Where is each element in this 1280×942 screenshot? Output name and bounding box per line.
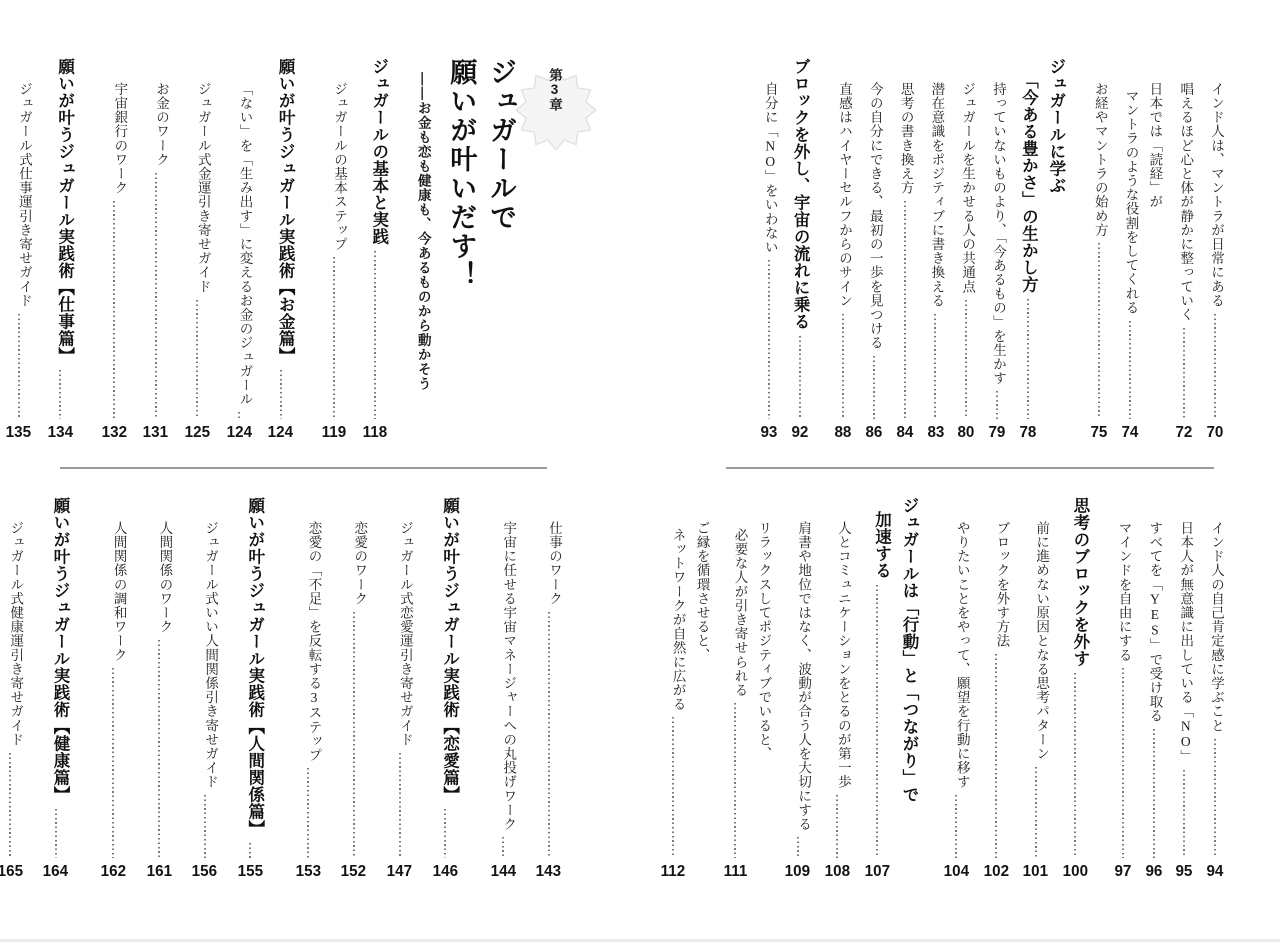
page-number: 124	[226, 424, 251, 442]
dotted-leader	[934, 314, 936, 419]
toc-entry: インド人の自己肯定感に学ぶこと94	[1206, 497, 1224, 881]
toc-entry: 仕事のワーク143	[535, 497, 562, 881]
toc-entry-title: ジュガールの基本ステップ	[321, 82, 347, 251]
chapter-title-text: ジュガールで	[485, 58, 515, 232]
upright-latin: 3	[547, 82, 562, 98]
toc-entry-title: 人とコミュニケーションをとるのが第一歩	[824, 521, 851, 789]
page-number: 104	[944, 863, 969, 881]
toc-entry-title: 願いが叶うジュガール実践術【健康篇】	[42, 497, 69, 803]
toc-entry-title: 恋愛の「不足」を反転する3ステップ	[295, 521, 322, 762]
dotted-leader	[548, 612, 550, 858]
toc-entry-title: ジュガール式健康運引き寄せガイド	[0, 521, 23, 747]
toc-entry-title: 願いが叶うジュガール実践術【お金篇】	[267, 58, 294, 364]
toc-entry-title: 仕事のワーク	[535, 521, 562, 606]
page-number: 164	[43, 863, 68, 881]
page-number: 74	[1121, 424, 1138, 442]
page-number: 146	[433, 863, 458, 881]
toc-entry-title: 人間関係の調和ワーク	[100, 521, 127, 662]
toc-entry-title: 唱えるほど心と体が静かに整っていく	[1175, 82, 1193, 322]
toc-entry: ジュガール式金運引き寄せガイド125	[184, 58, 211, 442]
page-number: 125	[185, 424, 210, 442]
toc-entry: 思考の書き換え方84	[896, 58, 914, 442]
toc-entry: 人間関係の調和ワーク162	[100, 497, 127, 881]
dotted-leader	[9, 753, 11, 858]
upright-latin: YES	[1147, 592, 1162, 639]
toc-entry: 「今ある豊かさ」の生かし方78	[1019, 58, 1037, 442]
dotted-leader	[249, 843, 251, 858]
toc-entry-title: やりたいことをやって、願望を行動に移す	[943, 521, 970, 789]
dotted-leader	[1035, 767, 1037, 858]
toc-entry: ネットワークが自然に広がる112	[660, 497, 686, 881]
upright-latin: 3	[306, 690, 321, 706]
toc-entry-title: ジュガールは「行動」と「つながり」で	[900, 497, 918, 803]
toc-entry: ジュガール式恋愛運引き寄せガイド147	[386, 497, 413, 881]
toc-entry-title: 願いが叶うジュガール実践術【恋愛篇】	[432, 497, 459, 803]
toc-entry-title: 願いが叶うジュガール実践術【仕事篇】	[47, 58, 74, 364]
page-number: 118	[363, 424, 388, 442]
dotted-leader	[955, 795, 957, 858]
toc-entry-line: ご縁を循環させると、	[694, 497, 710, 881]
toc-entry-title: 宇宙銀行のワーク	[101, 82, 128, 195]
toc-entry-title: 今の自分にできる、最初の一歩を見つける	[865, 82, 883, 350]
dotted-leader	[836, 795, 838, 858]
toc-entry: 願いが叶うジュガール実践術【健康篇】164	[42, 497, 69, 881]
dotted-leader	[1027, 299, 1029, 419]
chapter-number: 第3章	[546, 58, 562, 442]
toc-entry-title: 恋愛のワーク	[340, 521, 367, 606]
toc-entry-title: 持っていないものより、「今あるもの」を生かす	[988, 82, 1006, 385]
toc-entry: 人とコミュニケーションをとるのが第一歩108	[824, 497, 851, 881]
toc-entry-title: 日本では「読経」が	[1146, 82, 1162, 209]
dotted-leader	[59, 370, 61, 419]
dotted-leader	[965, 300, 967, 420]
toc-entry: 日本人が無意識に出している「NO」95	[1175, 497, 1193, 881]
dotted-leader	[444, 809, 446, 858]
dotted-leader	[1074, 673, 1076, 858]
page-number: 134	[48, 424, 73, 442]
toc-entry-title: インド人は、マントラが日常にある	[1206, 82, 1224, 308]
chapter-subtitle: ――お金も恋も健康も、今あるものから動かそう	[415, 58, 431, 442]
toc-entry-title: お金のワーク	[142, 82, 169, 167]
toc-entry-line: リラックスしてポジティブでいると、	[756, 497, 772, 881]
toc-entry: 願いが叶うジュガール実践術【仕事篇】134	[47, 58, 74, 442]
toc-entry-line: 日本では「読経」が	[1146, 58, 1162, 442]
toc-entry: 宇宙銀行のワーク132	[101, 58, 128, 442]
dotted-leader	[238, 412, 240, 419]
page-number: 156	[192, 863, 217, 881]
toc-entry-title: マントラのような役割をしてくれる	[1121, 89, 1139, 315]
toc-entry: 肩書や地位ではなく、波動が合う人を大切にする109	[784, 497, 811, 881]
toc-entry-title: ネットワークが自然に広がる	[660, 528, 686, 711]
toc-entry-title: ジュガールに学ぶ	[1046, 58, 1064, 194]
dotted-leader	[1214, 739, 1216, 859]
dotted-leader	[995, 654, 997, 858]
toc-entry-title: 前に進めない原因となる思考パターン	[1022, 521, 1049, 761]
dotted-leader	[113, 201, 115, 419]
toc-entry: 持っていないものより、「今あるもの」を生かす79	[988, 58, 1006, 442]
toc-entry: 宇宙に任せる宇宙マネージャーへの丸投げワーク144	[490, 497, 517, 881]
dotted-leader	[1153, 729, 1155, 858]
page-number: 152	[341, 863, 366, 881]
page-number: 83	[927, 424, 944, 442]
dotted-leader	[307, 768, 309, 858]
toc-entry: 必要な人が引き寄せられる111	[723, 497, 748, 881]
dotted-leader	[353, 612, 355, 858]
toc-entry-title: 必要な人が引き寄せられる	[723, 528, 748, 697]
page-number: 78	[1020, 424, 1037, 442]
dotted-leader	[1098, 243, 1100, 419]
dotted-leader	[799, 336, 801, 419]
toc-entry-title: 直感はハイヤーセルフからのサイン	[834, 82, 852, 308]
toc-section-bottom-left: 仕事のワーク143宇宙に任せる宇宙マネージャーへの丸投げワーク144願いが叶うジ…	[58, 497, 562, 881]
page-number: 112	[660, 863, 685, 881]
toc-entry-title: 宇宙に任せる宇宙マネージャーへの丸投げワーク	[490, 521, 517, 831]
page-number: 111	[723, 863, 747, 881]
toc-entry-title: 自分に「NO」をいわない	[760, 82, 778, 254]
toc-entry-title: 「ない」を「生み出す」に変えるお金のジュガール	[226, 82, 253, 406]
upright-latin: NO	[763, 138, 778, 169]
chapter-subtitle-text: ――お金も恋も健康も、今あるものから動かそう	[415, 58, 431, 391]
page-number: 79	[989, 424, 1006, 442]
dotted-leader	[399, 753, 401, 858]
dotted-leader	[1183, 328, 1185, 419]
toc-entry-title: ジュガール式仕事運引き寄せガイド	[5, 82, 32, 308]
toc-entry-title: 「今ある豊かさ」の生かし方	[1019, 72, 1037, 293]
page-number: 84	[896, 424, 913, 442]
page-number: 135	[6, 424, 31, 442]
toc-entry: 加速する107	[864, 497, 891, 881]
toc-entry-title: 思考のブロックを外す	[1062, 497, 1089, 667]
toc-entry: 唱えるほど心と体が静かに整っていく72	[1175, 58, 1193, 442]
toc-entry: 願いが叶うジュガール実践術【人間関係篇】155	[237, 497, 264, 881]
toc-entry-title: すべてを「YES」で受け取る	[1145, 521, 1163, 723]
toc-entry: 恋愛のワーク152	[340, 497, 367, 881]
toc-entry-title: 人間関係のワーク	[146, 521, 173, 634]
toc-section-bottom-right: インド人の自己肯定感に学ぶこと94日本人が無意識に出している「NO」95すべてを…	[712, 497, 1224, 881]
toc-entry: 恋愛の「不足」を反転する3ステップ153	[295, 497, 322, 881]
toc-entry: 前に進めない原因となる思考パターン101	[1022, 497, 1049, 881]
toc-entry-title: 願いが叶うジュガール実践術【人間関係篇】	[237, 497, 264, 837]
dotted-leader	[333, 257, 335, 419]
toc-entry-title: リラックスしてポジティブでいると、	[756, 521, 772, 761]
chapter-number-label: 第3章	[546, 58, 562, 112]
page-number: 86	[865, 424, 882, 442]
page-number: 88	[835, 424, 852, 442]
toc-entry: インド人は、マントラが日常にある70	[1206, 58, 1224, 442]
page-number: 101	[1023, 863, 1048, 881]
toc-entry: 直感はハイヤーセルフからのサイン88	[834, 58, 852, 442]
dotted-leader	[1214, 314, 1216, 419]
page-number: 144	[490, 863, 515, 881]
page-number: 102	[983, 863, 1008, 881]
dotted-leader	[1122, 668, 1124, 858]
toc-entry: 潜在意識をポジティブに書き換える83	[927, 58, 945, 442]
dotted-leader	[1183, 770, 1185, 858]
page-number: 96	[1145, 863, 1162, 881]
toc-entry-title: 加速する	[864, 511, 891, 579]
dotted-leader	[158, 640, 160, 858]
page-number: 119	[322, 424, 347, 442]
page-number: 93	[760, 424, 777, 442]
dotted-leader	[55, 809, 57, 858]
toc-entry: ブロックを外し、宇宙の流れに乗る92	[791, 58, 809, 442]
page-number: 153	[295, 863, 320, 881]
dotted-leader	[374, 251, 376, 419]
toc-entry: お金のワーク131	[142, 58, 169, 442]
toc-entry-title: ジュガール式いい人間関係引き寄せガイド	[191, 521, 218, 789]
chapter-title-text: 願いが叶いだす！	[446, 58, 476, 290]
dotted-leader	[18, 314, 20, 419]
toc-entry-title: ジュガールの基本と実践	[362, 58, 388, 245]
page-number: 100	[1063, 863, 1088, 881]
toc-entry: マントラのような役割をしてくれる74	[1121, 58, 1139, 442]
toc-entry-title: 潜在意識をポジティブに書き換える	[927, 82, 945, 308]
toc-entry-title: マインドを自由にする	[1114, 521, 1132, 662]
dotted-leader	[873, 356, 875, 419]
page-number: 70	[1207, 424, 1224, 442]
page-number: 162	[101, 863, 126, 881]
page-number: 132	[101, 424, 126, 442]
page-number: 108	[825, 863, 850, 881]
toc-entry: マインドを自由にする97	[1114, 497, 1132, 881]
dotted-leader	[996, 391, 998, 419]
right-page-divider	[726, 467, 1214, 469]
toc-entry: 今の自分にできる、最初の一歩を見つける86	[865, 58, 883, 442]
toc-entry-title: ジュガール式恋愛運引き寄せガイド	[386, 521, 413, 747]
page-number: 143	[536, 863, 561, 881]
page-number: 97	[1114, 863, 1131, 881]
toc-entry-title: 肩書や地位ではなく、波動が合う人を大切にする	[784, 521, 811, 831]
page-number: 75	[1090, 424, 1107, 442]
toc-section-chapter3: 第3章 ジュガールで 願いが叶いだす！ ――お金も恋も健康も、今あるものから動か…	[58, 58, 562, 442]
toc-entry: ジュガールの基本と実践118	[362, 58, 388, 442]
toc-section-top-right: インド人は、マントラが日常にある70唱えるほど心と体が静かに整っていく72日本で…	[712, 58, 1224, 442]
toc-entry-line: ジュガールに学ぶ	[1046, 58, 1064, 442]
toc-entry-title: 思考の書き換え方	[896, 82, 914, 195]
dotted-leader	[734, 703, 736, 858]
toc-entry-title: インド人の自己肯定感に学ぶこと	[1206, 521, 1224, 733]
toc-entry: やりたいことをやって、願望を行動に移す104	[943, 497, 970, 881]
toc-entry: ジュガールを生かせる人の共通点80	[957, 58, 975, 442]
page-number: 147	[387, 863, 412, 881]
chapter-title-line1: ジュガールで	[485, 58, 515, 442]
toc-entry: ジュガール式仕事運引き寄せガイド135	[5, 58, 32, 442]
toc-entry: 思考のブロックを外す100	[1062, 497, 1089, 881]
dotted-leader	[280, 370, 282, 419]
toc-entry: 願いが叶うジュガール実践術【お金篇】124	[267, 58, 294, 442]
toc-entry-title: ブロックを外す方法	[983, 521, 1010, 648]
toc-entry: お経やマントラの始め方75	[1090, 58, 1108, 442]
dotted-leader	[204, 795, 206, 858]
page-number: 95	[1176, 863, 1193, 881]
toc-entry-title: 日本人が無意識に出している「NO」	[1175, 521, 1193, 764]
dotted-leader	[797, 837, 799, 858]
toc-entry-line: ジュガールは「行動」と「つながり」で	[900, 497, 918, 881]
page-number: 124	[268, 424, 293, 442]
page-number: 107	[864, 863, 889, 881]
page-number: 155	[238, 863, 263, 881]
toc-entry: 人間関係のワーク161	[146, 497, 173, 881]
dotted-leader	[876, 585, 878, 858]
toc-entry: すべてを「YES」で受け取る96	[1145, 497, 1163, 881]
toc-entry: ジュガール式いい人間関係引き寄せガイド156	[191, 497, 218, 881]
dotted-leader	[1129, 321, 1131, 419]
dotted-leader	[842, 314, 844, 419]
toc-entry: ブロックを外す方法102	[983, 497, 1010, 881]
dotted-leader	[155, 173, 157, 419]
page-number: 80	[958, 424, 975, 442]
dotted-leader	[672, 717, 674, 858]
dotted-leader	[196, 300, 198, 420]
toc-entry-title: ブロックを外し、宇宙の流れに乗る	[791, 58, 809, 330]
toc-entry-title: ジュガールを生かせる人の共通点	[957, 82, 975, 294]
page-number: 165	[0, 863, 23, 881]
dotted-leader	[904, 201, 906, 419]
toc-entry-title: ご縁を循環させると、	[694, 521, 710, 662]
chapter-title-line2: 願いが叶いだす！	[446, 58, 476, 442]
dotted-leader	[502, 837, 504, 858]
left-page-divider	[60, 467, 547, 469]
dotted-leader	[112, 668, 114, 858]
toc-entry: ジュガールの基本ステップ119	[321, 58, 347, 442]
page-number: 109	[785, 863, 810, 881]
dotted-leader	[768, 260, 770, 419]
toc-entry-title: ジュガール式金運引き寄せガイド	[184, 82, 211, 294]
book-toc-spread: インド人は、マントラが日常にある70唱えるほど心と体が静かに整っていく72日本で…	[0, 0, 1280, 942]
upright-latin: NO	[1178, 718, 1193, 749]
toc-entry: 自分に「NO」をいわない93	[760, 58, 778, 442]
page-number: 131	[143, 424, 168, 442]
page-number: 92	[791, 424, 808, 442]
toc-entry: 「ない」を「生み出す」に変えるお金のジュガール124	[226, 58, 253, 442]
toc-entry-title: お経やマントラの始め方	[1090, 82, 1108, 237]
toc-entry: 願いが叶うジュガール実践術【恋愛篇】146	[432, 497, 459, 881]
page-number: 161	[146, 863, 171, 881]
page-number: 72	[1176, 424, 1193, 442]
page-number: 94	[1207, 863, 1224, 881]
toc-entry: ジュガール式健康運引き寄せガイド165	[0, 497, 23, 881]
